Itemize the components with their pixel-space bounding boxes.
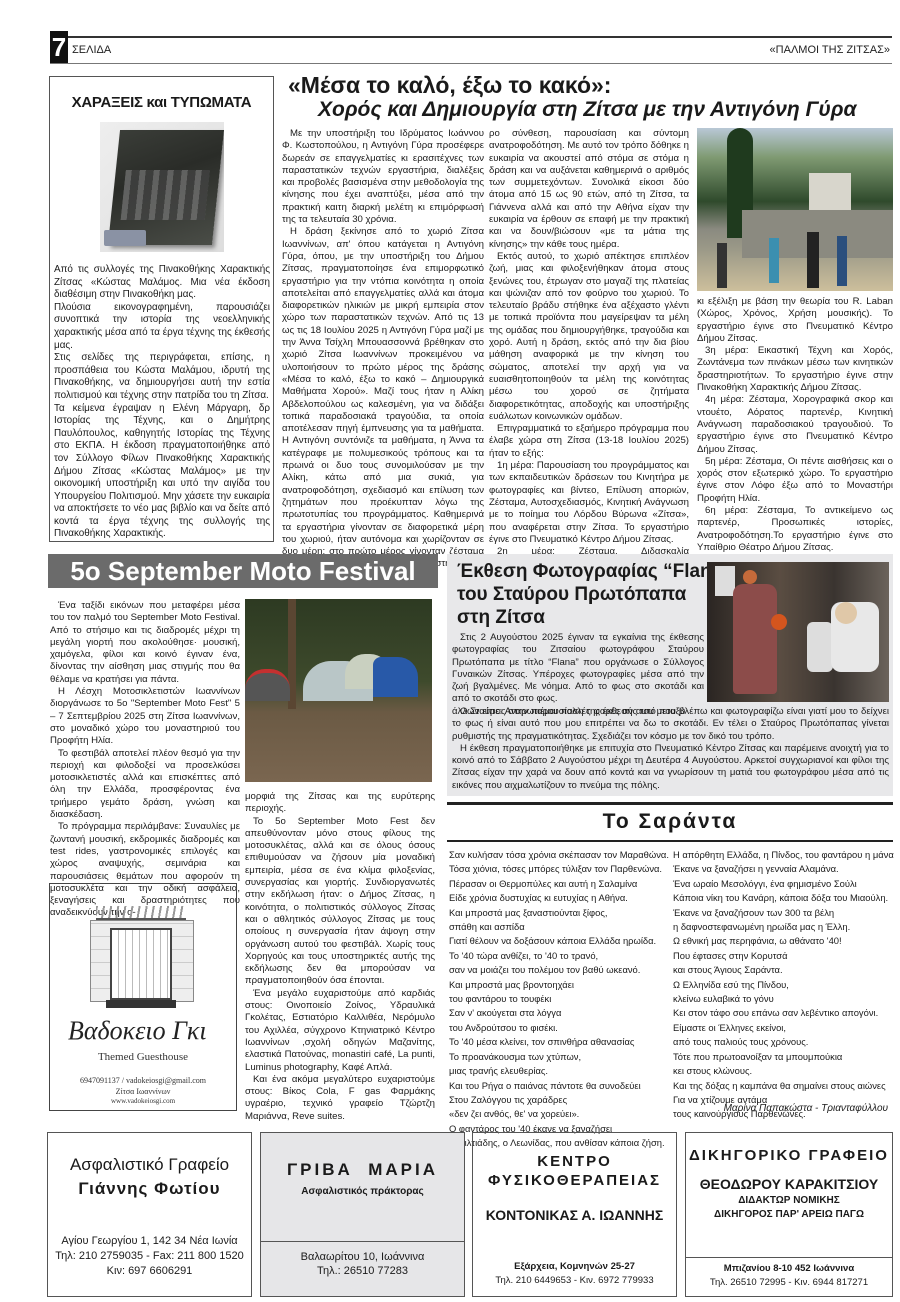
book-paragraph: Στις σελίδες της περιγράφεται, επίσης, η…: [54, 352, 270, 402]
poem-line: Το '40 τώρα ανθίζει, το '40 το τρανό,: [449, 949, 669, 963]
guesthouse-tagline: Themed Guesthouse: [50, 1051, 236, 1063]
ad-physiotherapy: ΚΕΝΤΡΟ ΦΥΣΙΚΟΘΕΡΑΠΕΙΑΣ ΚΟΝΤΟΝΙΚΑΣ Α. ΙΩΑ…: [472, 1132, 677, 1297]
poem-line: Στου Ζαλόγγου τις χαράδρες: [449, 1093, 669, 1107]
ad-line: Ασφαλιστικό Γραφείο: [48, 1155, 251, 1175]
poem-line: Γιατί θέλουν να δοξάσουν κάποια Ελλάδα η…: [449, 934, 669, 948]
poem-line: κλείνω ευλαβικά το γόνυ: [673, 992, 893, 1006]
poem-line: Ένα ωραίο Μεσολόγγι, ένα φημισμένο Σούλι: [673, 877, 893, 891]
ad-address: Μπιζανίου 8-10 452 Ιωάννινα: [686, 1263, 892, 1274]
poem-line: Που έφτασες στην Κορυτσά: [673, 949, 893, 963]
dance-paragraph: κι εξέλιξη με βάση την θεωρία του R. Lab…: [697, 296, 893, 345]
poem-line: Κει στον τάφο σου επάνω σαν λεβέντικο απ…: [673, 1006, 893, 1020]
poem-line: Το '40 μέσα κλείνει, τον σπινθήρα αθανασ…: [449, 1035, 669, 1049]
ad-phone: Τηλ. 26510 72995 - Κιν. 6944 817271: [686, 1277, 892, 1288]
poem-line: Έκανε να ξαναζήσουν των 300 τα βέλη: [673, 906, 893, 920]
poem-line: Και του Ρήγα ο παιάνας πάντοτε θα συνοδε…: [449, 1079, 669, 1093]
poem-line: του Ανδρούτσου το φισέκι.: [449, 1021, 669, 1035]
moto-paragraph: Η Λέσχη Μοτοσικλετιστών Ιωαννίνων διοργά…: [50, 686, 240, 747]
moto-camping-photo: [245, 599, 432, 782]
dance-paragraph: Εκτός αυτού, το χωριό απέκτησε επιπλέον …: [489, 251, 689, 423]
poem-line: Η απόρθητη Ελλάδα, η Πίνδος, του φαντάρο…: [673, 848, 893, 862]
poem-line: Σαν ν' ακούγεται στα λόγγα: [449, 1006, 669, 1020]
guesthouse-location: Ζίτσα Ιωαννίνων: [50, 1087, 236, 1096]
book-paragraph: Πλούσια εικονογραφημένη, παρουσιάζει συν…: [54, 302, 270, 352]
ad-line: Ασφαλιστικός πράκτορας: [261, 1186, 464, 1197]
photo-title-line: Έκθεση Φωτογραφίας “Flana”: [457, 560, 732, 583]
photo-article-title: Έκθεση Φωτογραφίας “Flana” του Σταύρου Π…: [457, 560, 732, 629]
dance-paragraph: 5η μέρα: Ζέσταμα, Οι πέντε αισθήσεις και…: [697, 456, 893, 505]
dance-article-title: «Μέσα το καλό, έξω το κακό»:: [288, 72, 611, 99]
dance-paragraph: 1η μέρα: Παρουσίαση του προγράμματος και…: [489, 460, 689, 546]
book-box: ΧΑΡΑΞΕΙΣ και ΤΥΠΩΜΑΤΑ Από τις συλλογές τ…: [49, 76, 274, 542]
guesthouse-door-sketch: [82, 906, 202, 1016]
poem-title-rule: [447, 840, 893, 842]
dance-paragraph: ρο σύνθεση, παρουσίαση και σύντομη ανατρ…: [489, 128, 689, 251]
ad-address: Εξάρχεια, Κομνηνών 25-27: [473, 1261, 676, 1272]
poem-line: η δαφνοστεφανωμένη ηρωίδα μας η Έλλη.: [673, 920, 893, 934]
ad-line: ΔΙΔΑΚΤΩΡ ΝΟΜΙΚΗΣ: [686, 1195, 892, 1206]
dance-paragraph: Η δράση ξεκίνησε από το χωριό Ζίτσα Ιωαν…: [282, 226, 484, 583]
ad-insurance-griva: ΓΡΙΒΑ ΜΑΡΙΑ Ασφαλιστικός πράκτορας Βαλαω…: [260, 1132, 465, 1297]
ad-address: Αγίου Γεωργίου 1, 142 34 Νέα Ιωνία: [48, 1235, 251, 1247]
ad-law-office: ΔΙΚΗΓΟΡΙΚΟ ΓΡΑΦΕΙΟ ΘΕΟΔΩΡΟΥ ΚΑΡΑΚΙΤΣΙΟΥ …: [685, 1132, 893, 1297]
ad-line: ΚΟΝΤΟΝΙΚΑΣ Α. ΙΩΑΝΝΗΣ: [473, 1207, 676, 1223]
ad-mobile: Κιν: 697 6606291: [48, 1265, 251, 1277]
ad-line: ΚΕΝΤΡΟ: [473, 1153, 676, 1170]
photo-paragraph: Στις 2 Αυγούστου 2025 έγιναν τα εγκαίνια…: [452, 632, 704, 706]
poem-line: του φαντάρου το τουφέκι: [449, 992, 669, 1006]
ad-phone: Τηλ: 210 2759035 - Fax: 211 800 1520: [48, 1250, 251, 1262]
page-number: 7: [50, 31, 68, 63]
photo-paragraph: άλλων είπε: Αναρωτιέμαι πολλές φορές αν …: [452, 706, 889, 743]
poem-line: μιας τρανής ελευθερίας.: [449, 1064, 669, 1078]
dance-paragraph: 3η μέρα: Εικαστική Τέχνη και Χορός, Ζωντ…: [697, 345, 893, 394]
poem-line: «δεν ζει ανθός, θε' να χορεύει».: [449, 1107, 669, 1121]
dance-paragraph: 6η μέρα: Ζέσταμα, Το αντικείμενο ως παρτ…: [697, 505, 893, 554]
moto-paragraph: μορφιά της Ζίτσας και της ευρύτερης περι…: [245, 791, 435, 816]
dance-article-subtitle: Χορός και Δημιουργία στη Ζίτσα με την Αν…: [318, 98, 857, 122]
publication-name: «ΠΑΛΜΟΙ ΤΗΣ ΖΙΤΣΑΣ»: [770, 44, 890, 56]
moto-paragraph: Ένα μεγάλο ευχαριστούμε από καρδιάς στου…: [245, 988, 435, 1074]
ad-phone: Τηλ. 210 6449653 - Κιν. 6972 779933: [473, 1275, 676, 1286]
ad-line: ΔΙΚΗΓΟΡΙΚΟ ΓΡΑΦΕΙΟ: [686, 1147, 892, 1164]
dance-paragraph: Επιγραμματικά το εξαήμερο πρόγραμμα που …: [489, 423, 689, 460]
poem-line: Και μπροστά μας βροντοηχάει: [449, 978, 669, 992]
poem-top-rule: [447, 802, 893, 805]
moto-article-title: 5o September Moto Festival: [48, 554, 438, 588]
ad-line: Γιάννης Φωτίου: [48, 1179, 251, 1199]
header-top-rule: [50, 36, 892, 38]
book-box-title: ΧΑΡΑΞΕΙΣ και ΤΥΠΩΜΑΤΑ: [50, 94, 273, 111]
poem-line: Είμαστε οι Έλληνες εκείνοι,: [673, 1021, 893, 1035]
poem-line: κει στους κλώνους.: [673, 1064, 893, 1078]
photo-title-line: στη Ζίτσα: [457, 606, 732, 629]
book-paragraph: Τα κείμενα έγραψαν η Ελένη Μάργαρη, δρ Ι…: [54, 403, 270, 542]
ad-phone: Τηλ.: 26510 77283: [261, 1265, 464, 1277]
photo-title-line: του Σταύρου Πρωτόπαπα: [457, 583, 732, 606]
ad-line: ΓΡΙΒΑ ΜΑΡΙΑ: [261, 1160, 464, 1180]
poem-line: Πέρασαν οι Θερμοπύλες και αυτή η Σαλαμίν…: [449, 877, 669, 891]
dance-photo: [697, 128, 893, 291]
poem-line: Τότε που πρωτοανοίξαν τα μπουμπούκια: [673, 1050, 893, 1064]
photo-paragraph: Η έκθεση πραγματοποιήθηκε με επιτυχία στ…: [452, 743, 889, 792]
moto-paragraph: Το 5ο September Moto Fest δεν απευθύνοντ…: [245, 816, 435, 988]
poem-line: Και της δόξας η καμπάνα θα σημαίνει στου…: [673, 1079, 893, 1093]
dance-paragraph: Με την υποστήριξη του Ιδρύματος Ιωάννου …: [282, 128, 484, 226]
ad-line: ΦΥΣΙΚΟΘΕΡΑΠΕΙΑΣ: [473, 1172, 676, 1189]
poem-line: και στους Άγιους Σαράντα.: [673, 963, 893, 977]
book-paragraph: Από τις συλλογές της Πινακοθήκης Χαρακτι…: [54, 264, 270, 302]
moto-paragraph: Το φεστιβάλ αποτελεί πλέον θεσμό για την…: [50, 748, 240, 822]
poem-line: Τόσα χιόνια, τόσες μπόρες τύλιξαν τον Πα…: [449, 862, 669, 876]
header-bottom-rule: [50, 63, 892, 64]
poem-line: σαν να μοιάζει του πολέμου τον βαθύ ωκεα…: [449, 963, 669, 977]
section-label: ΣΕΛΙΔΑ: [72, 44, 111, 56]
poem-line: σπάθη και ασπίδα: [449, 920, 669, 934]
book-cover-image: [100, 122, 224, 252]
poem-line: Και μπροστά μας ξαναστιούνται ξίφος,: [449, 906, 669, 920]
moto-paragraph: Και ένα ακόμα μεγαλύτερο ευχαριστούμε στ…: [245, 1074, 435, 1123]
poem-line: Ω Ελληνίδα εσύ της Πίνδου,: [673, 978, 893, 992]
poem-line: Σαν κυλήσαν τόσα χρόνια σκέπασαν τον Μαρ…: [449, 848, 669, 862]
moto-paragraph: Ένα ταξίδι εικόνων που μεταφέρει μέσα το…: [50, 600, 240, 686]
ad-line: ΔΙΚΗΓΟΡΟΣ ΠΑΡ' ΑΡΕΙΩ ΠΑΓΩ: [686, 1209, 892, 1220]
guesthouse-signature: Βαδοκειο Γκι: [68, 1016, 228, 1046]
guesthouse-contact: 6947091137 / vadokeiosgi@gmail.com: [50, 1076, 236, 1085]
guesthouse-ad: Βαδοκειο Γκι Themed Guesthouse 694709113…: [49, 883, 237, 1111]
flana-exhibition-photo: [707, 562, 889, 702]
ad-address: Βαλαωρίτου 10, Ιωάννινα: [261, 1251, 464, 1263]
poem-title: Το Σαράντα: [447, 810, 893, 834]
poem-line: Έκανε να ξαναζήσει η γενναία Αλαμάνα.: [673, 862, 893, 876]
ad-line: ΘΕΟΔΩΡΟΥ ΚΑΡΑΚΙΤΣΙΟΥ: [686, 1176, 892, 1192]
poem-line: από τους παλιούς τους χρόνους.: [673, 1035, 893, 1049]
poem-line: Είδε χρόνια δυστυχίας κι ευτυχίας η Αθήν…: [449, 891, 669, 905]
poem-author: Μαρίνα Παπακώστα - Τριανταφύλλου: [724, 1103, 888, 1114]
poem-line: Κάποια νίκη του Κανάρη, κάποια δόξα του …: [673, 891, 893, 905]
ad-insurance-fotiou: Ασφαλιστικό Γραφείο Γιάννης Φωτίου Αγίου…: [47, 1132, 252, 1297]
poem-line: Το προανάκουσμα των χτύπων,: [449, 1050, 669, 1064]
dance-paragraph: 4η μέρα: Ζέσταμα, Χορογραφικά σκορ και ν…: [697, 394, 893, 455]
guesthouse-website[interactable]: www.vadokeiosgi.com: [50, 1097, 236, 1105]
poem-line: Ω εθνική μας περηφάνια, ω αθάνατο '40!: [673, 934, 893, 948]
